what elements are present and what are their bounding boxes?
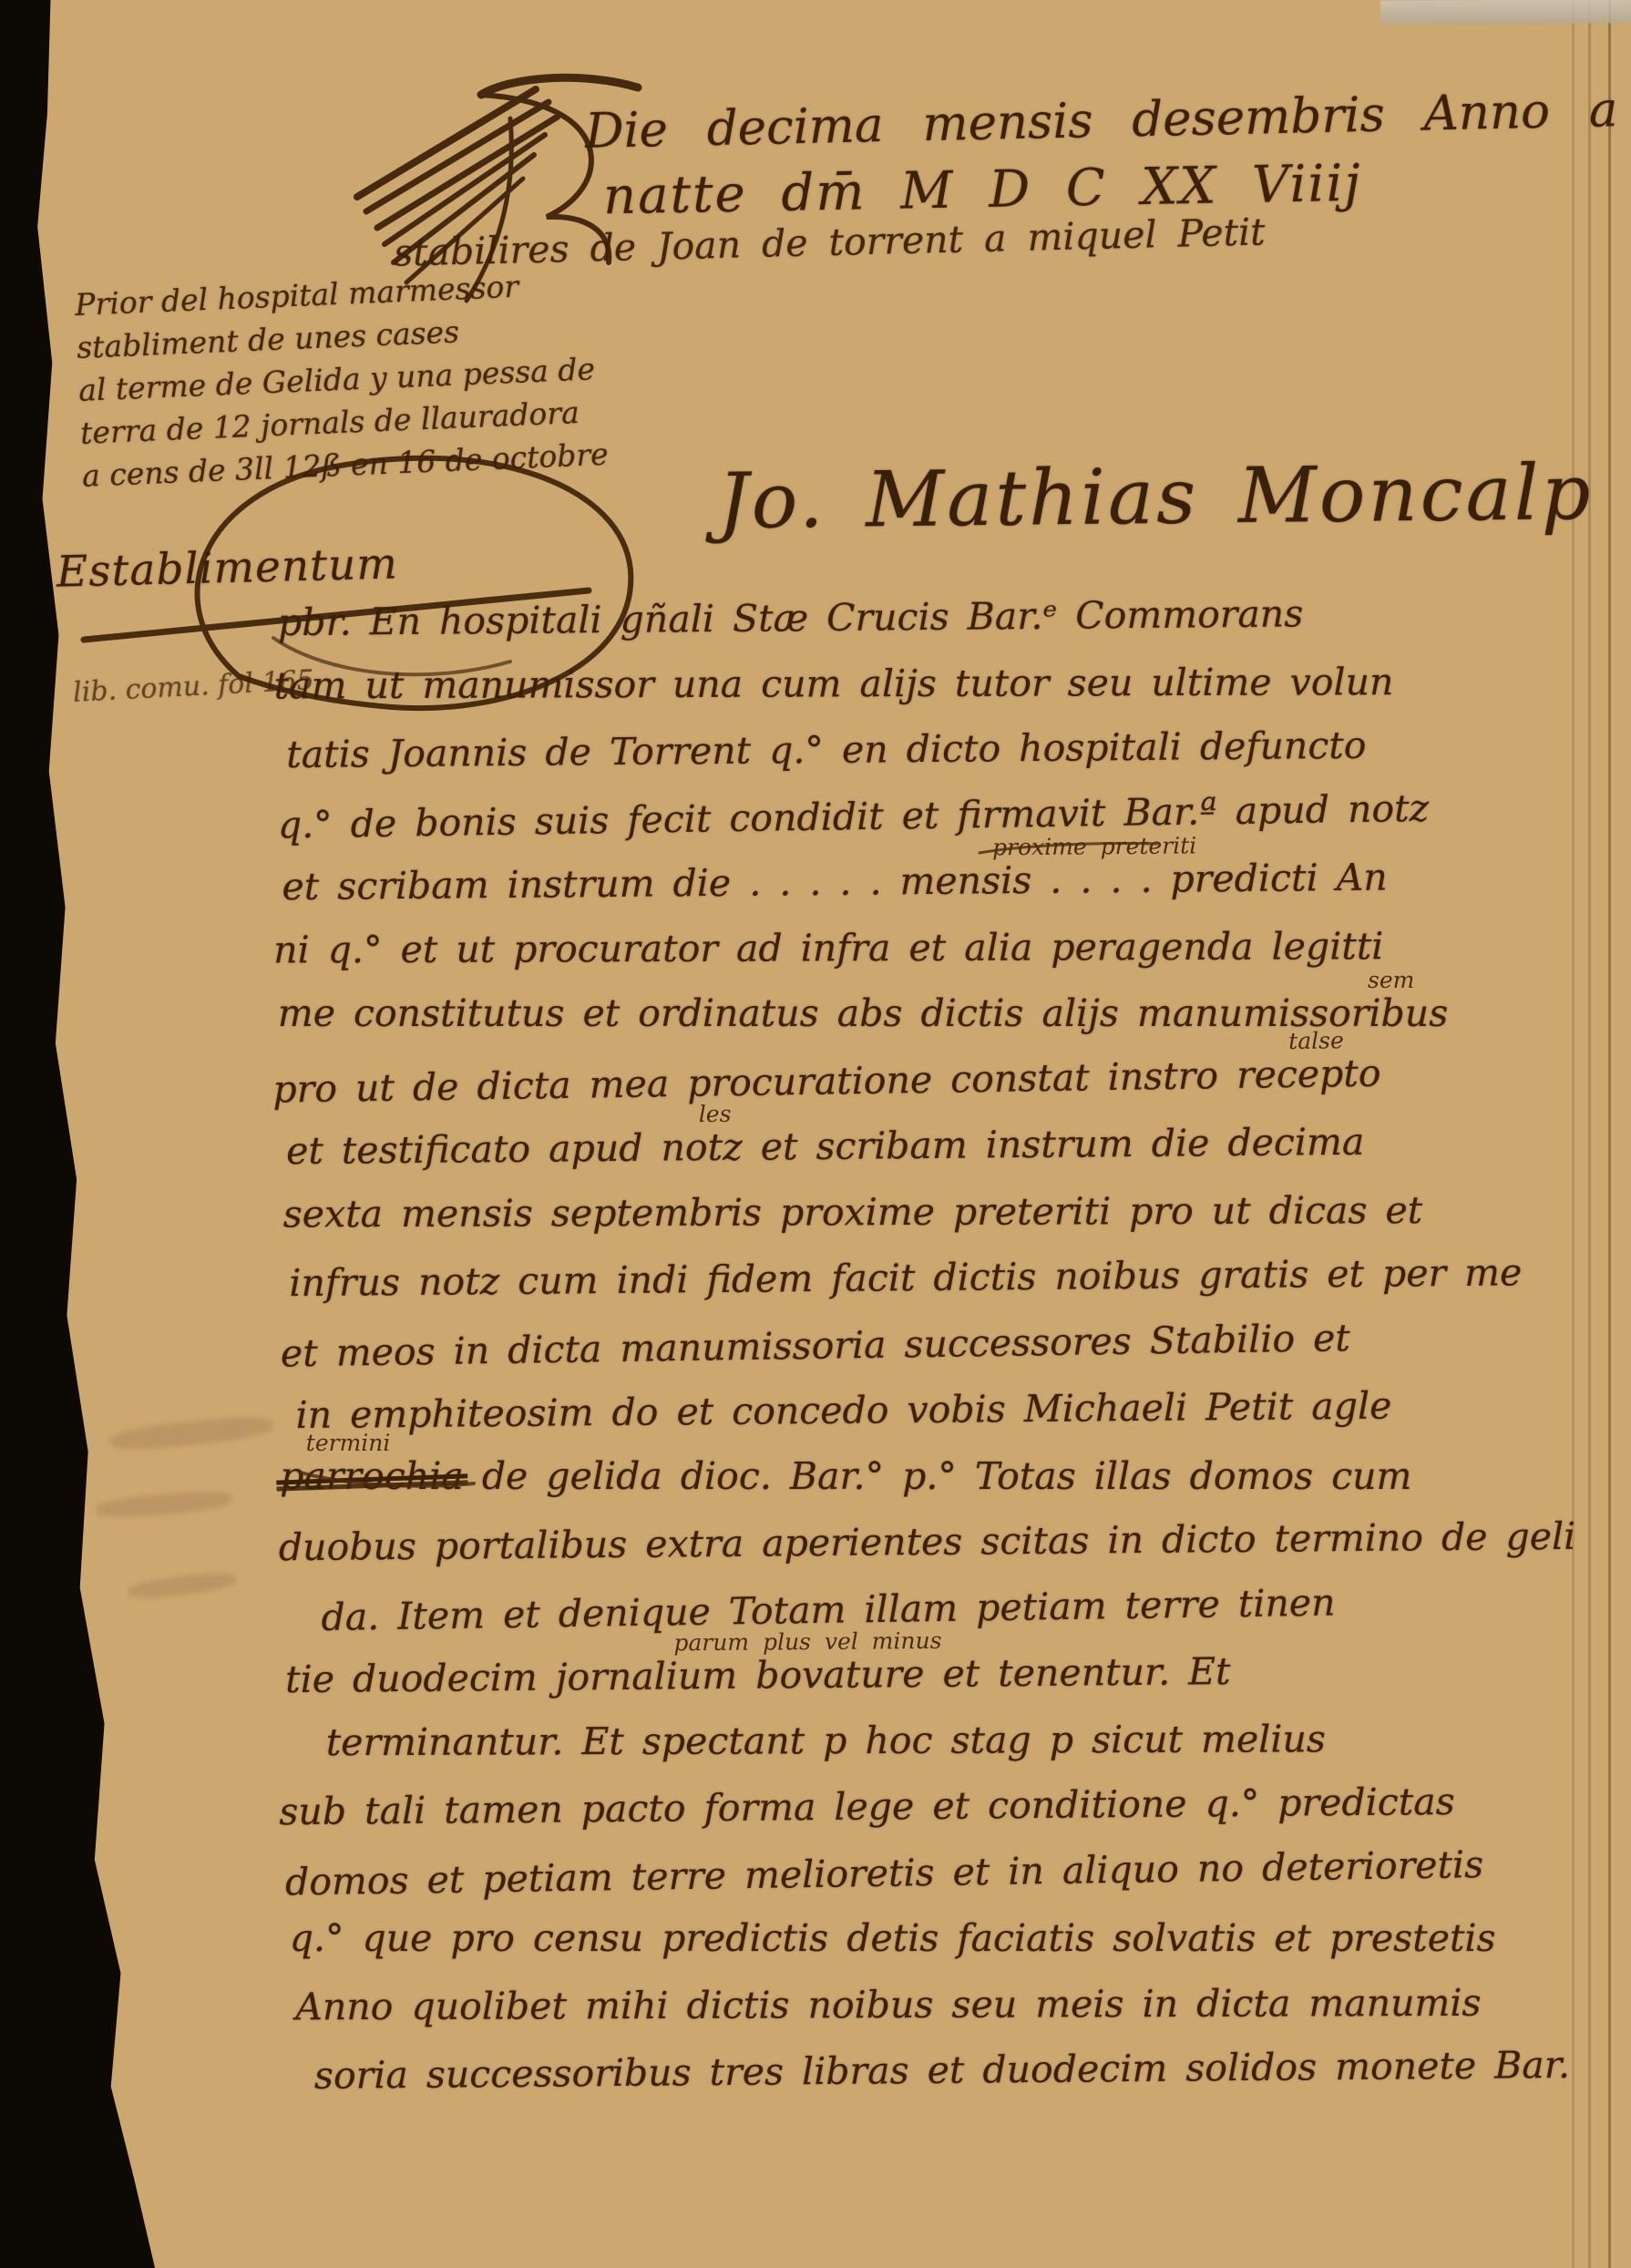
background-sliver [1380, 0, 1631, 25]
ink-bleed-mark [108, 1413, 274, 1454]
interlinear-insertion: termini [306, 1431, 391, 1453]
ink-bleed-mark [127, 1570, 238, 1601]
manuscript-line: parrochia de gelida dioc. Bar.° p.° Tota… [280, 1449, 1579, 1515]
manuscript-line: q.° que pro censu predictis detis faciat… [290, 1912, 1584, 1978]
manuscript-line: me constitutus et ordinatus abs dictis a… [278, 987, 1575, 1053]
page-edge-line [1608, 0, 1611, 2268]
manuscript-line: terminantur. Et spectant p hoc stag p si… [326, 1711, 1582, 1781]
interlinear-insertion: talse [1288, 1029, 1344, 1052]
manuscript-line: Anno quolibet mihi dictis noibus seu mei… [295, 1976, 1584, 2046]
interlinear-insertion: sem [1368, 969, 1414, 991]
manuscript-line: in emphiteosim do et concedo vobis Micha… [295, 1378, 1579, 1455]
ink-bleed-mark [95, 1489, 232, 1521]
photograph-of-manuscript: { "document_kind": "17th-century notaria… [0, 0, 1631, 2268]
manuscript-line: tie duodecim jornalium bovature et tenen… [285, 1642, 1582, 1719]
manuscript-body: pbr. En hospitali gñali Stæ Crucis Bar.ᵉ… [269, 585, 1585, 2116]
interlinear-insertion: parum plus vel minus [673, 1629, 941, 1655]
interlinear-insertion: les [699, 1103, 732, 1125]
manuscript-line: et testificato apud notz et scribam inst… [286, 1113, 1577, 1191]
page-edge-line [1588, 0, 1591, 2268]
margin-summary-note: Prior del hospital marmessorstabliment d… [74, 263, 556, 498]
manuscript-line: sexta mensis septembris proxime preterit… [283, 1183, 1577, 1253]
interlinear-insertion: proxime preteriti [992, 834, 1196, 858]
heading-date-line: Die decima mensis desembris Anno a [584, 82, 1618, 159]
manuscript-line: et scribam instrum die . . . . . mensis … [282, 849, 1575, 927]
manuscript-line: soria successoribus tres libras et duode… [314, 2038, 1585, 2116]
notary-name-title: Jo. Mathias Moncalp [718, 447, 1594, 546]
margin-doc-type-label: Establimentum [56, 539, 398, 597]
manuscript-line: pbr. En hospitali gñali Stæ Crucis Bar.ᵉ… [278, 585, 1573, 662]
struck-through-word: parrochia [280, 1449, 464, 1502]
parchment-page: Die decima mensis desembris Anno a natte… [0, 0, 1631, 2268]
manuscript-line: tam ut manumissor una cum alijs tutor se… [274, 654, 1573, 724]
